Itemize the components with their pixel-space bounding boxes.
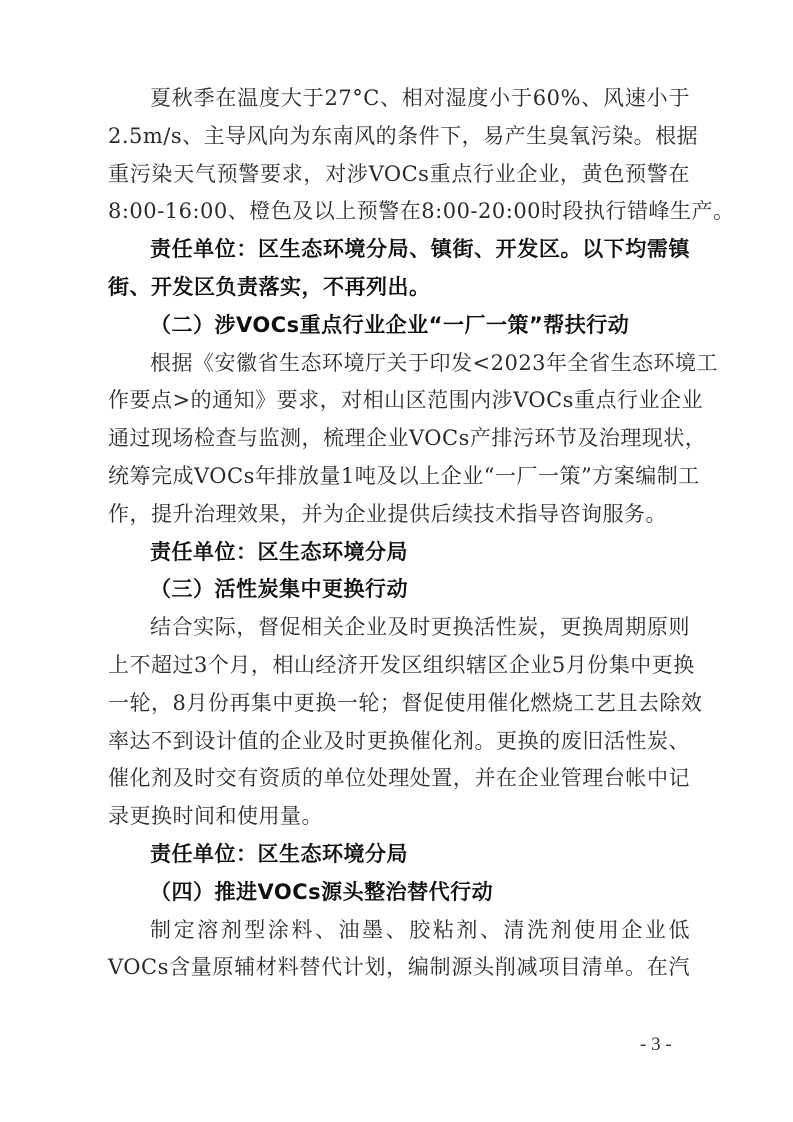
paragraph-line: 结合实际，督促相关企业及时更换活性炭，更换周期原则 — [108, 609, 690, 647]
paragraph-line: 根据《安徽省生态环境厅关于印发<2023年全省生态环境工 — [108, 345, 690, 383]
responsible-unit-line: 街、开发区负责落实，不再列出。 — [108, 269, 690, 307]
paragraph-line: 率达不到设计值的企业及时更换催化剂。更换的废旧活性炭、 — [108, 723, 690, 761]
paragraph-line: 统筹完成VOCs年排放量1吨及以上企业“一厂一策”方案编制工 — [108, 458, 690, 496]
paragraph-line: 夏秋季在温度大于27°C、相对湿度小于60%、风速小于 — [108, 80, 690, 118]
paragraph-line: 催化剂及时交有资质的单位处理处置，并在企业管理台帐中记 — [108, 760, 690, 798]
paragraph-line: 录更换时间和使用量。 — [108, 798, 690, 836]
responsible-unit-line: 责任单位：区生态环境分局 — [108, 836, 690, 874]
paragraph-line: 重污染天气预警要求，对涉VOCs重点行业企业，黄色预警在 — [108, 156, 690, 194]
paragraph-line: VOCs含量原辅材料替代计划，编制源头削减项目清单。在汽 — [108, 949, 690, 987]
responsible-unit-line: 责任单位：区生态环境分局 — [108, 534, 690, 572]
paragraph-line: 通过现场检查与监测，梳理企业VOCs产排污环节及治理现状， — [108, 420, 690, 458]
document-page: 夏秋季在温度大于27°C、相对湿度小于60%、风速小于 2.5m/s、主导风向为… — [108, 80, 690, 987]
paragraph-line: 2.5m/s、主导风向为东南风的条件下，易产生臭氧污染。根据 — [108, 118, 690, 156]
paragraph-line: 作，提升治理效果，并为企业提供后续技术指导咨询服务。 — [108, 496, 690, 534]
paragraph-line: 制定溶剂型涂料、油墨、胶粘剂、清洗剂使用企业低 — [108, 912, 690, 950]
paragraph-line: 作要点>的通知》要求，对相山区范围内涉VOCs重点行业企业 — [108, 382, 690, 420]
page-number: - 3 - — [640, 1034, 672, 1056]
paragraph-line: 一轮，8月份再集中更换一轮；督促使用催化燃烧工艺且去除效 — [108, 685, 690, 723]
section-heading-3: （三）活性炭集中更换行动 — [108, 571, 690, 609]
responsible-unit-line: 责任单位：区生态环境分局、镇街、开发区。以下均需镇 — [108, 231, 690, 269]
paragraph-line: 8:00-16:00、橙色及以上预警在8:00-20:00时段执行错峰生产。 — [108, 193, 690, 231]
paragraph-line: 上不超过3个月，相山经济开发区组织辖区企业5月份集中更换 — [108, 647, 690, 685]
section-heading-4: （四）推进VOCs源头整治替代行动 — [108, 874, 690, 912]
section-heading-2: （二）涉VOCs重点行业企业“一厂一策”帮扶行动 — [108, 307, 690, 345]
